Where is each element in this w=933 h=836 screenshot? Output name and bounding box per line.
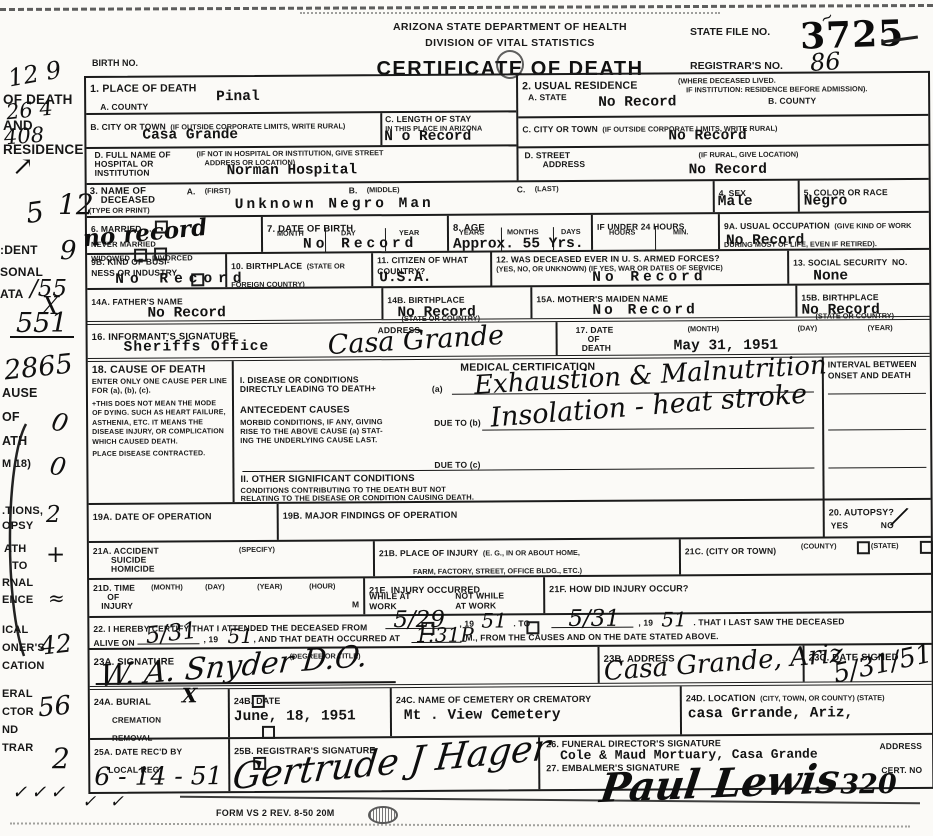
margin-label-registrar: TRAR: [2, 742, 33, 754]
date-received-value: 6 - 14 - 51: [94, 761, 222, 791]
state-file-label: STATE FILE NO.: [690, 26, 770, 38]
certificate-sheet: BIRTH NO. ARIZONA STATE DEPARTMENT OF HE…: [0, 0, 933, 836]
age-value: Approx. 55 Yrs.: [453, 236, 584, 253]
margin-label-medical: ICAL: [2, 624, 28, 636]
citizen-value: U.S.A.: [379, 270, 431, 286]
dept-line1: ARIZONA STATE DEPARTMENT OF HEALTH: [330, 20, 690, 36]
scan-artifact-bottom: [10, 822, 910, 827]
father-field: 14A. FATHER'S NAME No Record: [87, 288, 383, 321]
mother-birthplace-field: 15B. BIRTHPLACE (STATE OR COUNTRY) No Re…: [797, 285, 929, 317]
informant-address-value: Casa Grande: [327, 320, 505, 361]
name-title2: DECEASED: [101, 195, 155, 206]
scan-artifact-top: [0, 4, 933, 11]
ssn-value: None: [813, 268, 848, 284]
margin-label-of: OF: [2, 410, 20, 424]
middle-paren: (MIDDLE): [367, 186, 400, 195]
under24-divider: [655, 227, 656, 250]
mother-value: No Record: [592, 302, 697, 319]
mother-birthplace-label: 15B. BIRTHPLACE: [801, 292, 878, 302]
certify-line: [137, 643, 199, 644]
street-paren: (IF RURAL, GIVE LOCATION): [698, 150, 798, 159]
disease-label2: DIRECTLY LEADING TO DEATH+: [240, 383, 376, 394]
county-field: 1. PLACE OF DEATH A. COUNTY Pinal: [86, 75, 516, 115]
street-label2: ADDRESS: [543, 159, 586, 170]
certify-to: . TO: [513, 618, 530, 629]
residence-city-field: C. CITY OR TOWN (IF OUTSIDE CORPORATE LI…: [518, 116, 928, 148]
autopsy-field: 20. AUTOPSY? YES NO /: [825, 500, 931, 537]
citizen-field: 11. CITIZEN OF WHAT COUNTRY? U.S.A.: [373, 253, 492, 287]
certify-text2: ALIVE ON: [93, 638, 134, 648]
homicide-label: HOMICIDE: [111, 564, 155, 575]
citizen-label: 11. CITIZEN OF WHAT: [377, 255, 486, 266]
residence-county-label: B. COUNTY: [768, 96, 816, 107]
injury-county-label: (COUNTY): [801, 542, 837, 551]
interval-label1: INTERVAL BETWEEN: [828, 359, 926, 370]
margin-label-certification: CATION: [2, 660, 45, 672]
margin-checkmarks: ✓ ✓: [82, 792, 128, 812]
father-birthplace-value: No Record: [397, 305, 475, 321]
occupation-label: 9A. USUAL OCCUPATION: [724, 220, 830, 231]
operation-findings-field: 19B. MAJOR FINDINGS OF OPERATION: [279, 500, 825, 539]
year3-value: 51: [227, 624, 253, 648]
operation-findings-label: 19B. MAJOR FINDINGS OF OPERATION: [283, 510, 458, 521]
date-of-death-field: 17. DATE OF DEATH (MONTH) (DAY) (YEAR) M…: [558, 320, 930, 355]
armed-forces-field: 12. WAS DECEASED EVER IN U. S. ARMED FOR…: [492, 251, 789, 286]
margin-mark: 56: [37, 691, 73, 724]
signature-flourish: [96, 681, 396, 685]
registrar-label: REGISTRAR'S NO.: [690, 60, 783, 72]
funeral-director-field: 26. FUNERAL DIRECTOR'S SIGNATURE ADDRESS…: [540, 735, 932, 789]
cause-c-line: [242, 468, 814, 472]
informant-value: Sheriffs Office: [124, 339, 270, 356]
physician-signature-field: 23A. SIGNATURE (DEGREE OR TITLE) W. A. S…: [90, 647, 600, 686]
occupation-field: 9A. USUAL OCCUPATION (GIVE KIND OF WORK …: [720, 213, 929, 249]
city-value: Casa Grande: [142, 127, 238, 144]
antecedent-label: ANTECEDENT CAUSES: [240, 404, 350, 417]
under-24h-field: IF UNDER 24 HOURS HOURS MIN.: [593, 214, 720, 250]
date-signed-value: 5/31/51: [831, 639, 933, 690]
certify-text3: M., FROM THE CAUSES AND ON THE DATE STAT…: [465, 631, 718, 643]
cause-note3: PLACE DISEASE CONTRACTED.: [92, 450, 228, 460]
dob-month-label: MONTH: [277, 230, 304, 239]
injury-place-label: 21B. PLACE OF INJURY: [379, 548, 479, 559]
race-value: Negro: [804, 193, 848, 209]
business-field: 9B. KIND OF BUSI- NESS OR INDUSTRY No Re…: [87, 254, 227, 288]
city-field: B. CITY OR TOWN (IF OUTSIDE CORPORATE LI…: [86, 113, 382, 147]
margin-label-death2: ATH: [4, 543, 26, 555]
margin-mark: ≈: [48, 586, 65, 610]
date-of-operation-field: 19A. DATE OF OPERATION: [89, 504, 279, 541]
business-label: 9B. KIND OF BUSI-: [91, 256, 221, 267]
interval-rule: [828, 393, 926, 395]
margin-mark: +: [46, 542, 65, 568]
margin-mark: 26 4: [5, 96, 54, 125]
interval-label2: ONSET AND DEATH: [828, 369, 926, 380]
injury-state-label: (STATE): [871, 542, 899, 551]
hospital-field: D. FULL NAME OF HOSPITAL OR INSTITUTION …: [86, 146, 516, 183]
funeral-address-label: ADDRESS: [879, 741, 922, 752]
row-marital-birth-age: 6. MARRIED . . . NEVER MARRIED WIDOWED D…: [87, 213, 929, 255]
burial-location-value: casa Grrande, Ariz,: [688, 705, 853, 722]
dod-year-label: (YEAR): [868, 324, 893, 333]
scan-artifact-top2: [300, 12, 720, 14]
informant-field: 16. INFORMANT'S SIGNATURE ADDRESS Sherif…: [88, 322, 558, 358]
death-certificate-form: 1. PLACE OF DEATH A. COUNTY Pinal B. CIT…: [84, 71, 933, 794]
margin-mark: 0: [48, 451, 69, 482]
hospital-value: Norman Hospital: [227, 162, 358, 179]
ssn-label: 13. SOCIAL SECURITY: [793, 257, 887, 268]
burial-date-label: 24B. DATE: [234, 696, 281, 706]
row-operation-autopsy: 19A. DATE OF OPERATION 19B. MAJOR FINDIN…: [89, 500, 931, 543]
deceased-name-value: Unknown Negro Man: [235, 196, 434, 213]
cause-note1: ENTER ONLY ONE CAUSE PER LINE FOR (a), (…: [92, 376, 228, 396]
cause-b-tag: DUE TO (b): [434, 418, 481, 429]
burial-date-value: June, 18, 1951: [234, 708, 356, 725]
injury-city-field: 21C. (CITY OR TOWN) (COUNTY) (STATE): [681, 538, 931, 575]
dod-month-label: (MONTH): [688, 325, 720, 334]
margin-mark: 42: [39, 628, 74, 660]
margin-label-cause: AUSE: [2, 386, 38, 400]
margin-label-coroners: ONER'S: [2, 642, 45, 654]
name-field: 3. NAME OF DECEASED (TYPE OR PRINT) A. (…: [87, 181, 715, 216]
header-center: ARIZONA STATE DEPARTMENT OF HEALTH DIVIS…: [330, 20, 690, 81]
burial-mark: X: [182, 683, 198, 707]
date-received-label: 25A. DATE REC'D BY: [94, 746, 182, 757]
certify-19b: , 19: [638, 618, 653, 629]
injury-place-paren1: (E. G., IN OR ABOUT HOME,: [483, 548, 580, 558]
specify-label: (SPECIFY): [239, 546, 275, 555]
embalmer-signature-value: Paul Lewis: [597, 755, 842, 812]
interval-rule: [828, 467, 926, 469]
margin-label-data: ATA: [0, 287, 23, 301]
age-field: 8. AGE YEARS MONTHS DAYS Approx. 55 Yrs.: [449, 215, 593, 251]
usual-residence-section: 2. USUAL RESIDENCE (WHERE DECEASED LIVED…: [518, 73, 929, 181]
cemetery-value: Mt . View Cemetery: [404, 707, 561, 724]
stay-value: N o Record: [384, 129, 471, 146]
cause-title: 18. CAUSE OF DEATH: [92, 363, 228, 376]
physician-address-field: 23B. ADDRESS Casa Grande, Ariz: [599, 646, 804, 683]
row-business-citizen: 9B. KIND OF BUSI- NESS OR INDUSTRY No Re…: [87, 250, 929, 290]
place-of-death-title: 1. PLACE OF DEATH: [90, 82, 197, 95]
burial-date-field: 24B. DATE June, 18, 1951: [230, 688, 392, 737]
cemetery-label: 24C. NAME OF CEMETERY OR CREMATORY: [396, 694, 592, 705]
mother-birthplace-value: No Record: [801, 302, 879, 318]
place-of-death-section: 1. PLACE OF DEATH A. COUNTY Pinal B. CIT…: [86, 75, 519, 183]
margin-mark: 5: [24, 195, 46, 230]
residence-state-field: 2. USUAL RESIDENCE (WHERE DECEASED LIVED…: [518, 73, 928, 119]
toi-day: (DAY): [205, 583, 225, 592]
middle-label: B.: [349, 185, 358, 196]
margin-mark: 9: [60, 236, 77, 266]
dod-value: May 31, 1951: [674, 338, 779, 355]
margin-label-death: ATH: [2, 434, 27, 448]
year2-value: 51: [661, 607, 687, 631]
cause-a-tag: (a): [432, 384, 443, 395]
margin-mark: ↗: [12, 152, 34, 182]
margin-mark: 2865: [3, 348, 75, 386]
dob-value: No Record: [303, 236, 417, 253]
residence-city-value: No Record: [668, 128, 746, 144]
ssn-label2: NO.: [892, 257, 908, 267]
last-label: C.: [517, 184, 526, 195]
autopsy-yes-label: YES: [831, 520, 849, 531]
usual-residence-title: 2. USUAL RESIDENCE: [522, 80, 638, 93]
margin-label-and2: ND: [2, 724, 18, 736]
row-registrar: 25A. DATE REC'D BY LOCAL REG. 6 - 14 - 5…: [90, 735, 932, 792]
margin-mark: 12 9: [6, 56, 63, 93]
residence-street-field: D. STREET ADDRESS (IF RURAL, GIVE LOCATI…: [518, 145, 928, 180]
row-physician-signature: 23A. SIGNATURE (DEGREE OR TITLE) W. A. S…: [90, 645, 932, 690]
place-of-injury-field: 21B. PLACE OF INJURY (E. G., IN OR ABOUT…: [375, 539, 681, 576]
margin-label-item18: M 18): [2, 458, 31, 470]
father-birthplace-label: 14B. BIRTHPLACE: [387, 295, 464, 305]
how-injury-label: 21F. HOW DID INJURY OCCUR?: [549, 583, 688, 594]
margin-checkmarks: ✓✓✓: [12, 782, 69, 803]
accident-field: 21A. ACCIDENT SUICIDE HOMICIDE (SPECIFY): [89, 541, 375, 578]
type-or-print: (TYPE OR PRINT): [89, 207, 150, 216]
injury-occurred-field: 21E. INJURY OCCURRED WHILE AT WORK NOT W…: [365, 577, 545, 614]
medical-certification-cell: MEDICAL CERTIFICATION I. DISEASE OR COND…: [234, 357, 825, 502]
birth-no-label: BIRTH NO.: [92, 58, 138, 68]
residence-state-value: No Record: [598, 94, 676, 110]
interval-cell: INTERVAL BETWEEN ONSET AND DEATH: [824, 357, 931, 499]
date-signed-field: 23C. DATE SIGNED 5/31/51: [804, 645, 931, 682]
cause-note2: +THIS DOES NOT MEAN THE MODE OF DYING. S…: [92, 399, 228, 447]
burial-location-field: 24D. LOCATION (CITY, TOWN, OR COUNTY) (S…: [682, 685, 932, 735]
first-label: A.: [187, 186, 196, 197]
margin-mark: 0: [49, 407, 71, 439]
residence-paren2: IF INSTITUTION: RESIDENCE BEFORE ADMISSI…: [686, 85, 867, 95]
injury-city-label: 21C. (CITY OR TOWN): [685, 546, 776, 557]
ssn-field: 13. SOCIAL SECURITY NO. None: [789, 250, 929, 284]
street-value: No Record: [689, 161, 767, 177]
toi-label3: INJURY: [101, 601, 133, 612]
row-name-sex-race: 3. NAME OF DECEASED (TYPE OR PRINT) A. (…: [87, 180, 929, 218]
race-field: 5. COLOR OR RACE Negro: [800, 180, 929, 212]
row-place-residence: 1. PLACE OF DEATH A. COUNTY Pinal B. CIT…: [86, 73, 929, 185]
sex-value: Male: [718, 194, 753, 210]
other-conditions-note2: RELATING TO THE DISEASE OR CONDITION CAU…: [241, 493, 475, 504]
registrar-signature-field: 25B. REGISTRAR'S SIGNATURE Gertrude J Ha…: [230, 737, 540, 791]
burial-type-field: 24A. BURIAL X CREMATION REMOVAL: [90, 689, 230, 738]
father-value: No Record: [147, 305, 225, 321]
row-accident: 21A. ACCIDENT SUICIDE HOMICIDE (SPECIFY)…: [89, 538, 931, 580]
father-birthplace-field: 14B. BIRTHPLACE (STATE OR COUNTRY) No Re…: [383, 287, 532, 319]
form-number: FORM VS 2 REV. 8-50 20M: [216, 808, 335, 818]
business-value: No Record: [115, 271, 247, 288]
residence-state-label: A. STATE: [528, 92, 567, 103]
margin-label-director: CTOR: [2, 706, 34, 718]
margin-label-external: RNAL: [2, 577, 33, 589]
margin-label-decedent: :DENT: [0, 243, 38, 257]
length-of-stay-field: C. LENGTH OF STAY IN THIS PLACE IN ARIZO…: [382, 112, 516, 145]
margin-label-funeral: ERAL: [2, 688, 33, 700]
interval-rule: [828, 429, 926, 431]
hospital-label3: INSTITUTION: [95, 168, 150, 179]
cremation-label: CREMATION: [112, 716, 161, 725]
dod-label3: DEATH: [582, 343, 611, 354]
county-label: A. COUNTY: [100, 102, 148, 112]
certify-saw: . THAT I LAST SAW THE DECEASED: [693, 616, 844, 628]
toi-meridiem: M: [352, 600, 359, 611]
year1-value: 51: [481, 608, 507, 632]
burial-label: 24A. BURIAL: [94, 697, 151, 707]
first-paren: (FIRST): [205, 187, 231, 196]
date-received-field: 25A. DATE REC'D BY LOCAL REG. 6 - 14 - 5…: [90, 739, 230, 792]
margin-label-to: TO: [12, 560, 27, 572]
min-label: MIN.: [673, 228, 688, 237]
margin-mark: 551: [16, 308, 68, 339]
mother-field: 15A. MOTHER'S MAIDEN NAME No Record: [532, 286, 797, 319]
row-parents: 14A. FATHER'S NAME No Record 14B. BIRTHP…: [87, 285, 929, 325]
margin-label-autopsy: OPSY: [2, 520, 33, 532]
city-stay-fields: B. CITY OR TOWN (IF OUTSIDE CORPORATE LI…: [86, 112, 516, 149]
birthplace-field: 10. BIRTHPLACE (STATE OR FOREIGN COUNTRY…: [227, 253, 373, 287]
margin-label-operations: .TIONS,: [2, 505, 43, 517]
county-value: Pinal: [216, 89, 260, 105]
toi-year: (YEAR): [257, 583, 282, 592]
injury-place-paren2: FARM, FACTORY, STREET, OFFICE BLDG., ETC…: [413, 566, 582, 576]
hours-label: HOURS: [609, 229, 635, 238]
armed-forces-value: No Record: [592, 269, 706, 286]
certify-19c: , 19: [203, 634, 218, 645]
burial-location-label: 24D. LOCATION: [686, 693, 756, 703]
autopsy-label: 20. AUTOPSY?: [829, 507, 894, 517]
union-stamp: [368, 806, 398, 824]
occupation-value: No Record: [726, 233, 804, 249]
residence-city-label: C. CITY OR TOWN: [522, 124, 598, 134]
dod-day-label: (DAY): [798, 325, 818, 334]
cause-notes-cell: 18. CAUSE OF DEATH ENTER ONLY ONE CAUSE …: [88, 361, 235, 503]
date-of-birth-field: 7. DATE OF BIRTH MONTH DAY YEAR No Recor…: [263, 216, 449, 252]
margin-mark: 408: [3, 123, 45, 150]
operation-date-label: 19A. DATE OF OPERATION: [93, 511, 212, 522]
embalmer-cert-no-value: 320: [840, 769, 897, 800]
last-paren: (LAST): [535, 185, 559, 194]
margin-label-violence: ENCE: [2, 594, 33, 606]
birthplace-label: 10. BIRTHPLACE: [231, 261, 302, 271]
attended-to-value: 5/31: [568, 606, 620, 632]
margin-mark: 2: [52, 742, 70, 775]
marital-status-field: 6. MARRIED . . . NEVER MARRIED WIDOWED D…: [87, 217, 263, 253]
burial-location-paren: (CITY, TOWN, OR COUNTY) (STATE): [760, 693, 885, 703]
row-time-of-injury: 21D. TIME OF INJURY (MONTH) (DAY) (YEAR)…: [89, 575, 931, 618]
morbid-line3: ING THE UNDERLYING CAUSE LAST.: [240, 435, 377, 445]
time-of-injury-field: 21D. TIME OF INJURY (MONTH) (DAY) (YEAR)…: [89, 578, 365, 616]
row-cause-of-death: 18. CAUSE OF DEATH ENTER ONLY ONE CAUSE …: [88, 357, 931, 505]
other-conditions-label: II. OTHER SIGNIFICANT CONDITIONS: [240, 473, 414, 486]
toi-month: (MONTH): [151, 583, 183, 592]
margin-mark: 2: [46, 502, 61, 528]
margin-underline: [10, 336, 74, 338]
toi-hour: (HOUR): [309, 582, 335, 591]
sex-field: 4. SEX Male: [715, 181, 800, 213]
